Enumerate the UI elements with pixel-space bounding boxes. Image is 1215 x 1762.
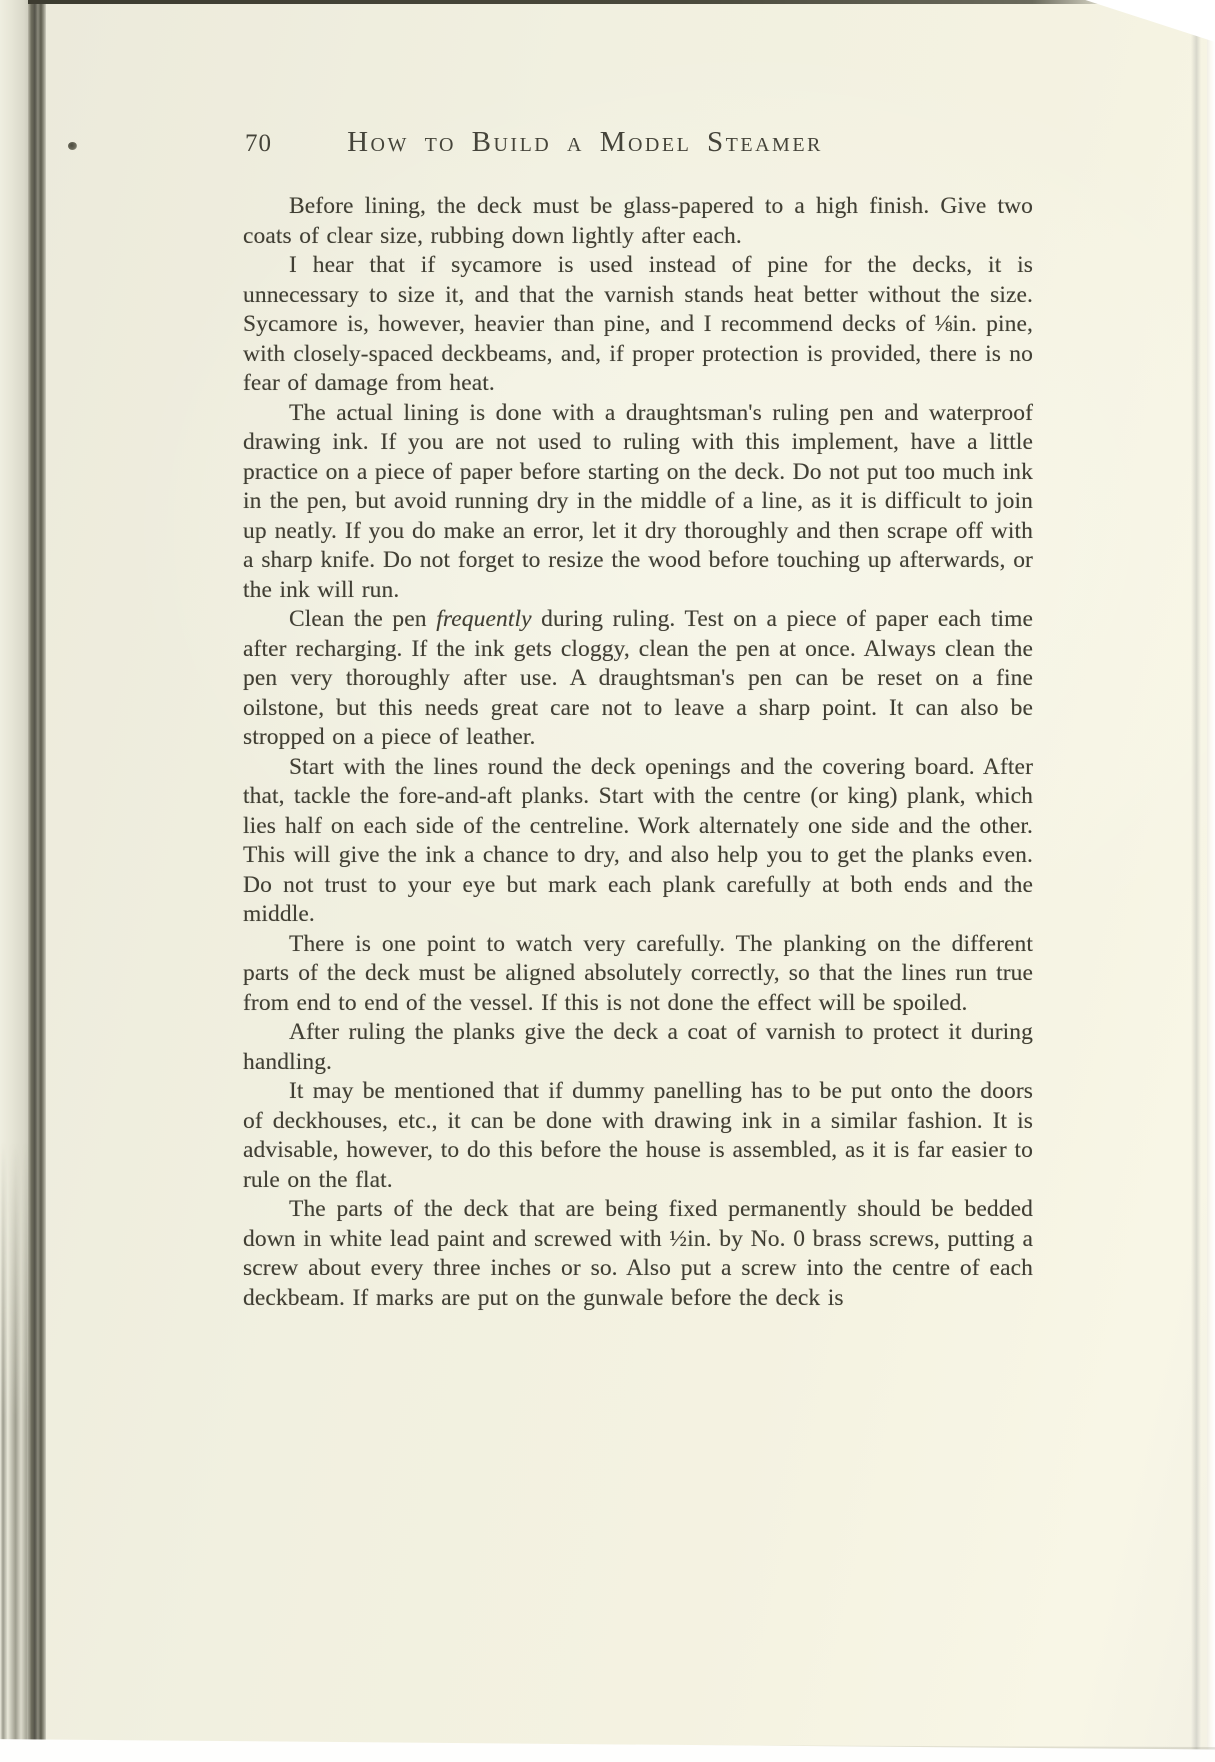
body-text: Start with the lines round the deck open… <box>243 754 1033 928</box>
body-text: It may be mentioned that if dummy panell… <box>243 1078 1033 1193</box>
paragraph: I hear that if sycamore is used instead … <box>243 251 1033 399</box>
body-text: The parts of the deck that are being fix… <box>243 1196 1033 1311</box>
body-text: After ruling the planks give the deck a … <box>243 1019 1033 1075</box>
italic-text: frequently <box>436 606 531 632</box>
paragraph: Start with the lines round the deck open… <box>243 753 1033 930</box>
scan-speck <box>68 142 77 150</box>
page-header: 70 How to Build a Model Steamer <box>243 126 1033 192</box>
book-page-scan: 70 How to Build a Model Steamer Before l… <box>0 0 1215 1762</box>
paragraphs: Before lining, the deck must be glass-pa… <box>243 192 1033 1313</box>
paragraph: There is one point to watch very careful… <box>243 930 1033 1019</box>
body-text: Clean the pen <box>289 606 436 632</box>
binding-gutter <box>28 0 46 1762</box>
page-curl-shadow <box>1191 0 1201 1762</box>
body-text: I hear that if sycamore is used instead … <box>243 252 1033 396</box>
page-number: 70 <box>245 130 272 158</box>
running-title: How to Build a Model Steamer <box>347 126 823 159</box>
scan-top-edge <box>28 0 1120 4</box>
body-text: Before lining, the deck must be glass-pa… <box>243 193 1033 249</box>
body-text: There is one point to watch very careful… <box>243 931 1033 1016</box>
paragraph: Before lining, the deck must be glass-pa… <box>243 192 1033 251</box>
binding-gutter-lines <box>0 1142 30 1762</box>
paragraph: The parts of the deck that are being fix… <box>243 1195 1033 1313</box>
body-text: The actual lining is done with a draught… <box>243 400 1033 603</box>
text-block: 70 How to Build a Model Steamer Before l… <box>243 126 1033 1313</box>
scanner-bed-right <box>1207 0 1215 1762</box>
paragraph: Clean the pen frequently during ruling. … <box>243 605 1033 753</box>
paragraph: The actual lining is done with a draught… <box>243 399 1033 606</box>
paragraph: After ruling the planks give the deck a … <box>243 1018 1033 1077</box>
paragraph: It may be mentioned that if dummy panell… <box>243 1077 1033 1195</box>
